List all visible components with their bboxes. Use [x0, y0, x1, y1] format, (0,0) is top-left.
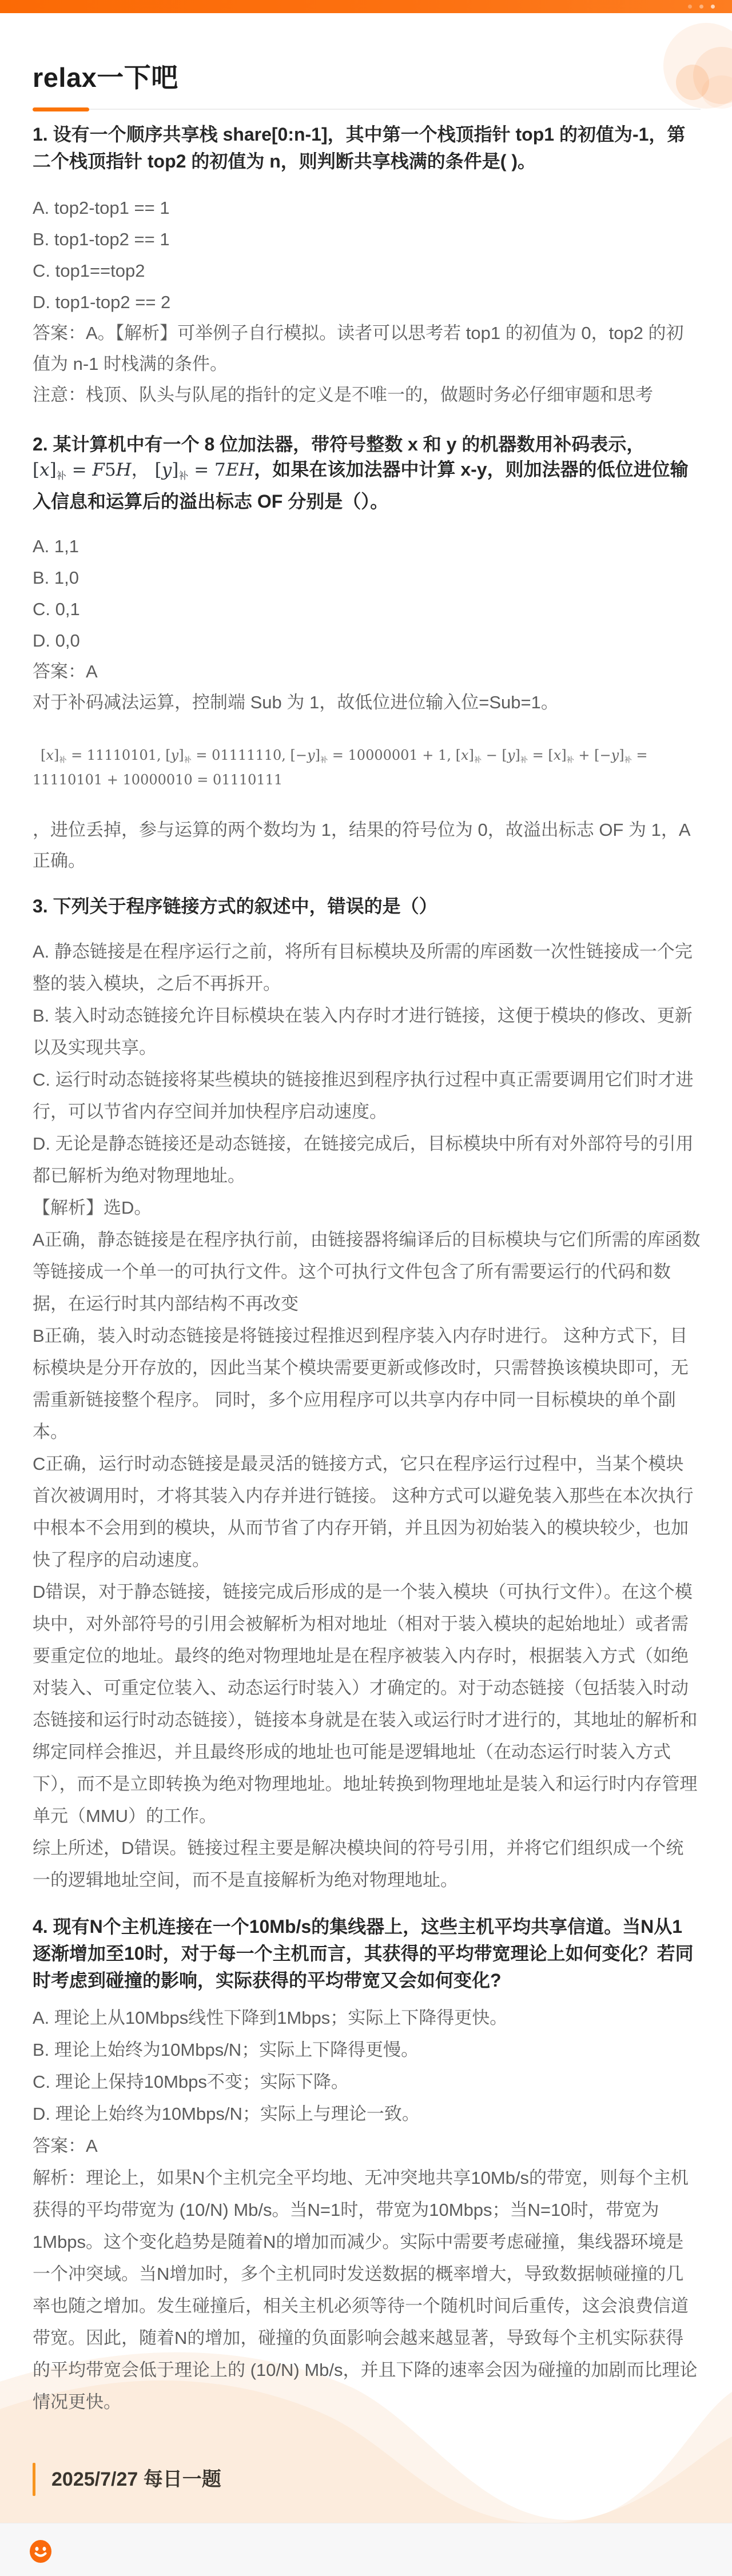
daily-topic-label: 2025/7/27 每日一题 — [51, 2463, 221, 2496]
card-header-bar — [0, 0, 732, 13]
question-3: 3. 下列关于程序链接方式的叙述中，错误的是（） A. 静态链接是在程序运行之前… — [33, 893, 701, 1896]
daily-question-card: relax一下吧 1. 设有一个顺序共享栈 share[0:n-1]，其中第一个… — [0, 0, 732, 2576]
question-1-option-d: D. top1-top2 == 2 — [33, 289, 701, 316]
question-4-explanation: 解析：理论上，如果N个主机完全平均地、无冲突地共享10Mb/s的带宽，则每个主机… — [33, 2162, 701, 2418]
question-4-option-d: D. 理论上始终为10Mbps/N；实际上与理论一致。 — [33, 2098, 701, 2130]
question-1: 1. 设有一个顺序共享栈 share[0:n-1]，其中第一个栈顶指针 top1… — [33, 121, 701, 410]
question-3-option-c: C. 运行时动态链接将某些模块的链接推迟到程序执行过程中真正需要调用它们时才进行… — [33, 1064, 701, 1128]
question-2-option-b: B. 1,0 — [33, 564, 701, 591]
question-2: 2. 某计算机中有一个 8 位加法器，带符号整数 x 和 y 的机器数用补码表示… — [33, 432, 701, 876]
window-dot-icon — [699, 5, 703, 9]
question-3-option-d: D. 无论是静态链接还是动态链接，在链接完成后，目标模块中所有对外部符号的引用都… — [33, 1128, 701, 1192]
question-1-note: 注意：栈顶、队头与队尾的指针的定义是不唯一的，做题时务必仔细审题和思考 — [33, 380, 701, 410]
daily-topic-heading: 2025/7/27 每日一题 — [33, 2463, 701, 2496]
question-1-answer: 答案：A。【解析】可举例子自行模拟。读者可以思考若 top1 的初值为 0，to… — [33, 318, 701, 380]
question-4-answer: 答案：A — [33, 2130, 701, 2162]
question-3-analysis-b: B正确，装入时动态链接是将链接过程推迟到程序装入内存时进行。 这种方式下，目标模… — [33, 1320, 701, 1448]
question-2-explanation-2: ，进位丢掉，参与运算的两个数均为 1，结果的符号位为 0，故溢出标志 OF 为 … — [33, 815, 701, 876]
question-3-analysis-d: D错误，对于静态链接，链接完成后形成的是一个装入模块（可执行文件）。在这个模块中… — [33, 1576, 701, 1832]
question-2-option-c: C. 0,1 — [33, 596, 701, 623]
question-3-analysis-a: A正确，静态链接是在程序执行前，由链接器将编译后的目标模块与它们所需的库函数等链… — [33, 1224, 701, 1320]
question-3-analysis-c: C正确，运行时动态链接是最灵活的链接方式，它只在程序运行过程中，当某个模块首次被… — [33, 1448, 701, 1576]
window-dots — [688, 5, 715, 9]
footer-bar — [0, 2523, 732, 2576]
accent-bar — [33, 2463, 35, 2496]
question-3-option-b: B. 装入时动态链接允许目标模块在装入内存时才进行链接，这便于模块的修改、更新以… — [33, 1000, 701, 1064]
question-4-option-a: A. 理论上从10Mbps线性下降到1Mbps；实际上下降得更快。 — [33, 2002, 701, 2034]
divider-line — [33, 109, 701, 110]
question-2-heading-pre: 2. 某计算机中有一个 8 位加法器，带符号整数 x 和 y 的机器数用补码表示… — [33, 434, 645, 454]
complement-formula-inline: [x]补 = F5H， [y]补 = 7EH — [33, 460, 254, 480]
question-3-option-a: A. 静态链接是在程序运行之前，将所有目标模块及所需的库函数一次性链接成一个完整… — [33, 936, 701, 1000]
question-1-heading: 1. 设有一个顺序共享栈 share[0:n-1]，其中第一个栈顶指针 top1… — [33, 121, 701, 175]
question-2-option-a: A. 1,1 — [33, 533, 701, 560]
window-dot-icon — [688, 5, 692, 9]
title-divider — [33, 107, 701, 111]
question-2-heading: 2. 某计算机中有一个 8 位加法器，带符号整数 x 和 y 的机器数用补码表示… — [33, 432, 701, 514]
question-4: 4. 现有N个主机连接在一个10Mb/s的集线器上，这些主机平均共享信道。当N从… — [33, 1913, 701, 2418]
question-2-answer: 答案：A — [33, 656, 701, 687]
complement-formula-block: [x]补 = 11110101, [y]补 = 01111110, [−y]补 … — [33, 745, 701, 790]
question-1-option-c: C. top1==top2 — [33, 257, 701, 284]
question-1-option-a: A. top2-top1 == 1 — [33, 194, 701, 221]
question-1-option-b: B. top1-top2 == 1 — [33, 226, 701, 253]
document-content: relax一下吧 1. 设有一个顺序共享栈 share[0:n-1]，其中第一个… — [33, 0, 701, 2496]
question-4-option-b: B. 理论上始终为10Mbps/N；实际上下降得更慢。 — [33, 2034, 701, 2066]
divider-accent-bar — [33, 107, 89, 111]
smiley-logo-icon[interactable] — [30, 2540, 51, 2563]
window-dot-icon — [711, 5, 715, 9]
decorative-circle — [702, 75, 732, 109]
page-title: relax一下吧 — [33, 63, 701, 92]
question-3-analysis-heading: 【解析】选D。 — [33, 1192, 701, 1224]
question-4-heading: 4. 现有N个主机连接在一个10Mb/s的集线器上，这些主机平均共享信道。当N从… — [33, 1913, 701, 1994]
question-2-explanation-1: 对于补码减法运算，控制端 Sub 为 1，故低位进位输入位=Sub=1。 — [33, 687, 701, 718]
question-3-heading: 3. 下列关于程序链接方式的叙述中，错误的是（） — [33, 893, 701, 920]
question-2-option-d: D. 0,0 — [33, 627, 701, 654]
question-4-option-c: C. 理论上保持10Mbps不变；实际下降。 — [33, 2066, 701, 2098]
question-3-analysis-summary: 综上所述，D错误。链接过程主要是解决模块间的符号引用，并将它们组织成一个统一的逻… — [33, 1832, 701, 1896]
